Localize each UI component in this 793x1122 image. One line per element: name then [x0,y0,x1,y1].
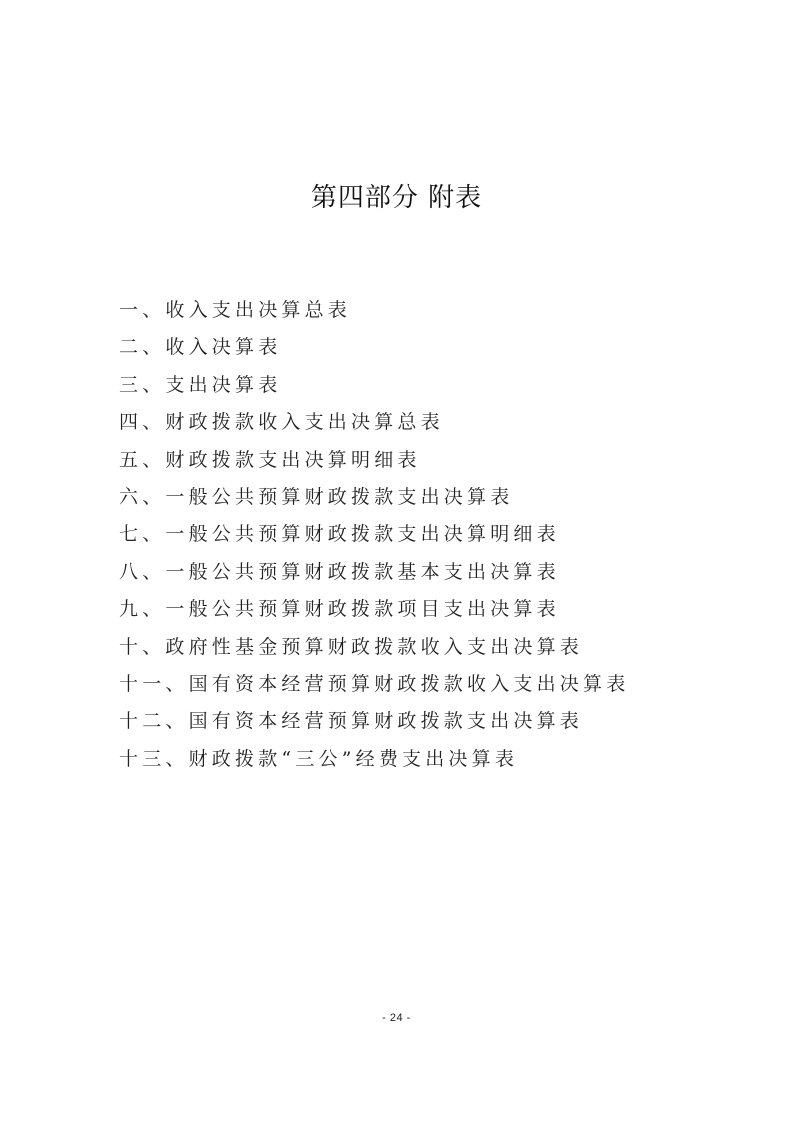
list-item-3: 三、支出决算表 [119,367,629,404]
list-item-10: 十、政府性基金预算财政拨款收入支出决算表 [119,629,629,666]
list-item-4: 四、财政拨款收入支出决算总表 [119,404,629,441]
list-item-6: 六、一般公共预算财政拨款支出决算表 [119,479,629,516]
list-item-13: 十三、财政拨款“三公”经费支出决算表 [119,741,629,778]
appendix-table-list: 一、收入支出决算总表 二、收入决算表 三、支出决算表 四、财政拨款收入支出决算总… [119,292,629,778]
section-title: 第四部分 附表 [0,180,793,216]
page-number: - 24 - [0,1012,793,1024]
list-item-2: 二、收入决算表 [119,329,629,366]
list-item-8: 八、一般公共预算财政拨款基本支出决算表 [119,554,629,591]
list-item-11: 十一、国有资本经营预算财政拨款收入支出决算表 [119,666,629,703]
list-item-7: 七、一般公共预算财政拨款支出决算明细表 [119,516,629,553]
list-item-5: 五、财政拨款支出决算明细表 [119,442,629,479]
list-item-12: 十二、国有资本经营预算财政拨款支出决算表 [119,703,629,740]
list-item-1: 一、收入支出决算总表 [119,292,629,329]
document-page: 第四部分 附表 一、收入支出决算总表 二、收入决算表 三、支出决算表 四、财政拨… [0,0,793,1122]
list-item-9: 九、一般公共预算财政拨款项目支出决算表 [119,591,629,628]
